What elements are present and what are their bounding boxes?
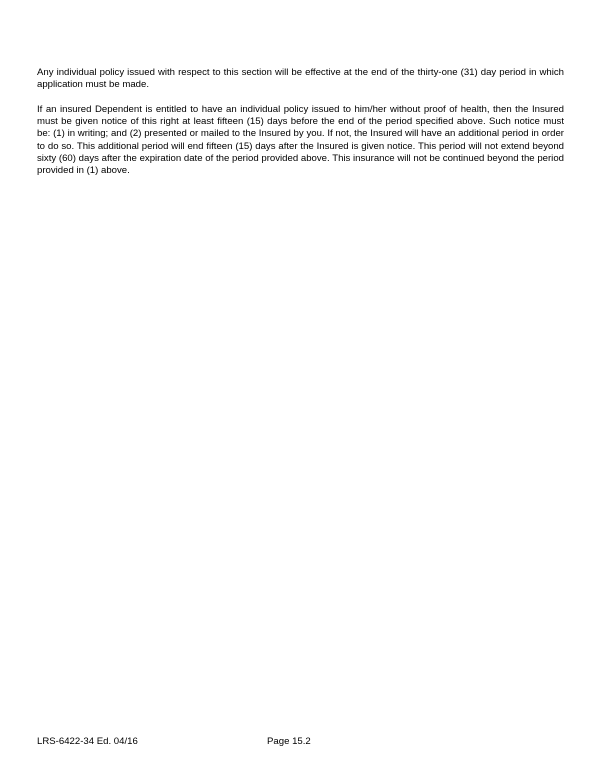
document-page: Any individual policy issued with respec… [0, 0, 600, 776]
form-number: LRS-6422-34 Ed. 04/16 [37, 736, 138, 748]
paragraph-dependent-notice: If an insured Dependent is entitled to h… [37, 104, 564, 177]
paragraph-policy-effective: Any individual policy issued with respec… [37, 67, 564, 91]
page-number: Page 15.2 [267, 736, 311, 748]
